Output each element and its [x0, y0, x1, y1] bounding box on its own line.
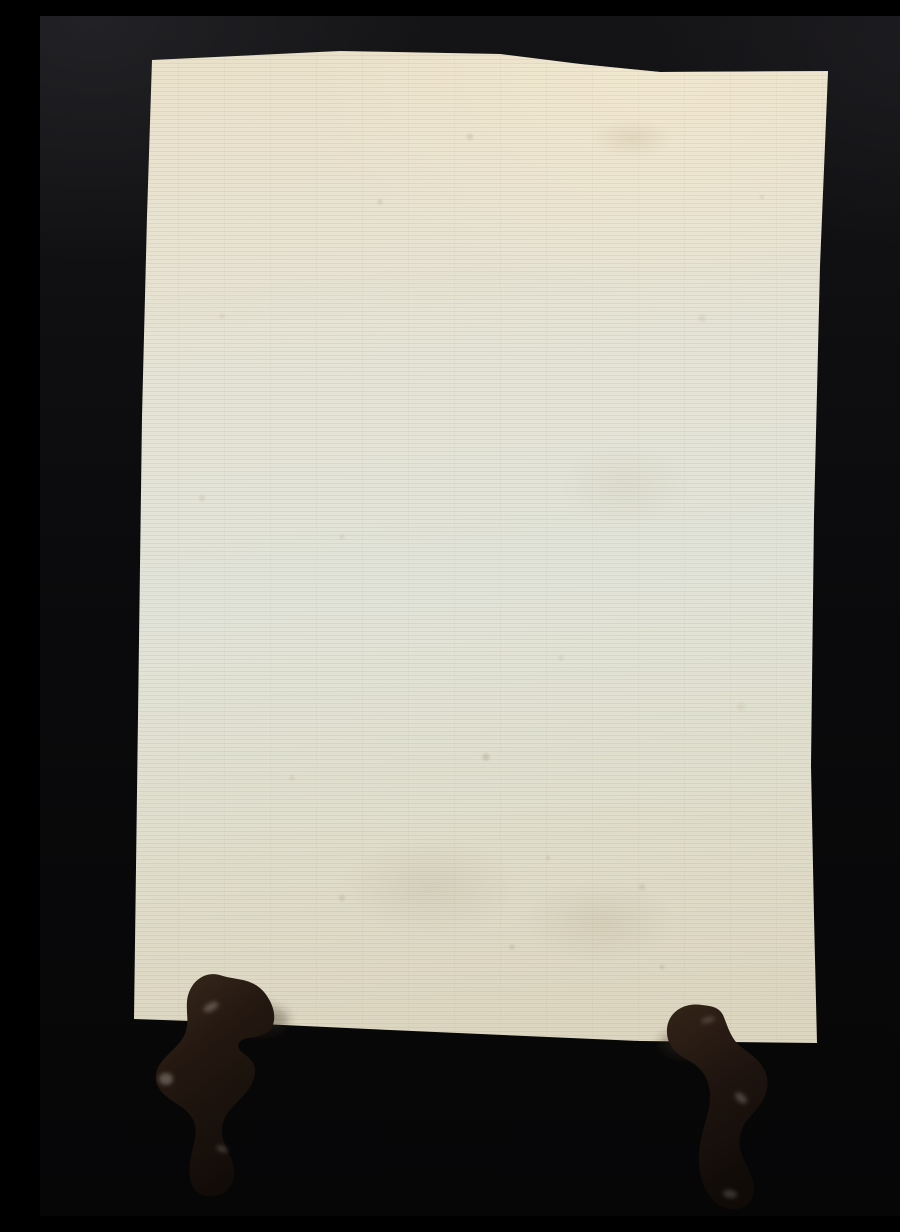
photograph-of-blank-paper-on-stand [40, 16, 900, 1216]
